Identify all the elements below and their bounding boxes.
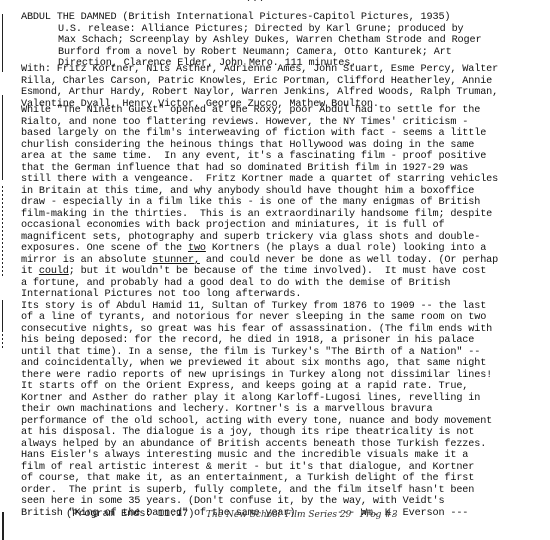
text-line: Esmond, Arthur Hardy, Robert Naylor, War…: [21, 87, 498, 99]
text-line: still there with a vengeance. Fritz Kort…: [21, 174, 498, 186]
text-line: area at the same time. In any event, it'…: [21, 151, 486, 163]
text-line: that the German influence that had so do…: [21, 163, 468, 175]
text-line: While "The Nineth Guest" opened at the R…: [21, 105, 480, 117]
text-line: International Pictures not too long afte…: [21, 289, 301, 301]
text-line: based largely on the film's interweaving…: [21, 128, 486, 140]
underlined-word: could: [39, 266, 69, 277]
text-line: performance of the old school, acting wi…: [21, 416, 492, 428]
text-line: churlish considering the heinous things …: [21, 140, 474, 152]
program-end-time: (Program Ends: 11.17): [66, 509, 194, 520]
text-line: consecutive nights, so great was his fea…: [21, 324, 492, 336]
text-line: film of real artistic interest & merit -…: [21, 462, 474, 474]
text-line: exposures. One scene of the two Kortners…: [21, 243, 486, 255]
text-line: film-making in the thirties. This is an …: [21, 209, 492, 221]
text-line: Kortner and Asther do rather play it alo…: [21, 393, 480, 405]
text-line: order. The print is superb, fully comple…: [21, 485, 474, 497]
text-line: Max Schach; Screenplay by Ashley Dukes, …: [58, 35, 481, 47]
text-line: there were radio reports of new uprising…: [21, 370, 492, 382]
left-margin-dashes: [2, 330, 3, 350]
left-margin-rule: [2, 300, 3, 330]
text-line: it could; but it wouldn't be because of …: [21, 266, 486, 278]
text-line: draw - especially in a film like this - …: [21, 197, 480, 209]
text-line: Burford from a novel by Robert Neumann; …: [58, 47, 452, 59]
text-line: mirror is an absolute stunner, and could…: [21, 255, 498, 267]
text-line: his being deposed: for the record, he di…: [21, 335, 474, 347]
text-line: occasional economies with back projectio…: [21, 220, 444, 232]
text-line: at his disposal. The dialogue is a joy, …: [21, 427, 474, 439]
left-margin-rule: [2, 95, 3, 180]
left-margin-rule: [2, 512, 4, 540]
text-line: of course, that make it, as an entertain…: [21, 473, 474, 485]
text-line: a fortune, and probably had a good deal …: [21, 278, 450, 290]
left-margin-rule: [2, 14, 3, 72]
underlined-word: stunner,: [152, 255, 200, 266]
left-margin-dashes: [2, 186, 3, 276]
handwritten-series-note: Film Series 29 Prog #3: [285, 510, 398, 520]
text-line: With: Fritz Kortner, Nils Asther, Adrien…: [21, 64, 498, 76]
text-line: and coincidentally, when we previewed it…: [21, 358, 486, 370]
text-line: Rialto, and none too flattering reviews.…: [21, 117, 468, 129]
text-line: always helped by an abundance of British…: [21, 439, 486, 451]
text-line: their own machinations and lechery. Kort…: [21, 404, 432, 416]
page-header-fragment: -- ... --: [226, 0, 285, 5]
text-line: Its story is of Abdul Hamid 11, Sultan o…: [21, 301, 486, 313]
underlined-word: two: [188, 243, 206, 254]
text-line: magnificent sets, photography and superb…: [21, 232, 480, 244]
text-line: ABDUL THE DAMNED (British International …: [21, 12, 450, 24]
text-line: until that time). In a sense, the film i…: [21, 347, 480, 359]
text-line: seen here in some 35 years. (Don't confu…: [21, 496, 444, 508]
handwritten-venue-note: The New School: [206, 510, 280, 520]
text-line: in Britain at this time, and why anybody…: [21, 186, 474, 198]
text-line: of a line of tyrants, and notorious for …: [21, 312, 486, 324]
text-line: Hans Eisler's always interesting music a…: [21, 450, 468, 462]
text-line: U.S. release: Alliance Pictures; Directe…: [58, 24, 464, 36]
text-line: Rilla, Charles Carson, Patric Knowles, E…: [21, 76, 492, 88]
text-line: It starts off on the Orient Express, and…: [21, 381, 468, 393]
typewritten-program-note: -- ... -- ABDUL THE DAMNED (British Inte…: [0, 0, 550, 540]
